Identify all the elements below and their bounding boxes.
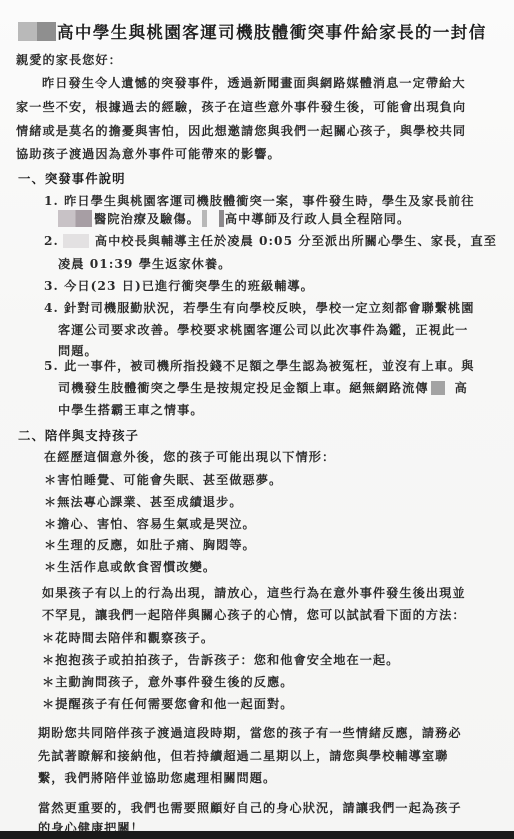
- item-3-line: 3. 今日(23 日)已進行衝突學生的班級輔導。: [44, 278, 314, 294]
- intro-line: 情緒或是莫名的擔憂與害怕，因此想邀請您與我們一起關心孩子，與學校共同: [16, 123, 466, 139]
- item-2-line: 凌晨 01:39 學生返家休養。: [58, 256, 231, 272]
- letter-page: 高中學生與桃園客運司機肢體衝突事件給家長的一封信 親愛的家長您好： 昨日發生令人…: [0, 0, 514, 831]
- section-1-heading: 一、突發事件說明: [18, 171, 126, 187]
- redacted-hospital-name: [58, 210, 92, 227]
- item-4-line: 問題。: [58, 343, 98, 359]
- method-item: ＊花時間去陪伴和觀察孩子。: [42, 630, 214, 646]
- item-1-text: 醫院治療及驗傷。: [94, 211, 200, 227]
- redacted-school-name: [202, 210, 207, 227]
- item-5-line: 司機發生肢體衝突之學生是按規定投足金額上車。絕無網路流傳 高: [58, 380, 468, 396]
- item-2-text: 高中校長與輔導主任於凌晨 0:05 分至派出所關心學生、家長，直至: [95, 233, 497, 249]
- item-5-line: 5. 此一事件，被司機所指投錢不足額之學生認為被冤枉，並沒有上車。與: [44, 358, 474, 374]
- redacted-school-name: [18, 22, 56, 41]
- item-2-line: 2. 高中校長與輔導主任於凌晨 0:05 分至派出所關心學生、家長，直至: [44, 233, 497, 249]
- symptom-item: ＊生理的反應，如肚子痛、胸悶等。: [44, 537, 256, 553]
- method-item: ＊抱抱孩子或拍拍孩子，告訴孩子：您和他會安全地在一起。: [42, 652, 399, 668]
- item-1-text: 高中導師及行政人員全程陪同。: [225, 211, 410, 227]
- symptom-item: ＊擔心、害怕、容易生氣或是哭泣。: [44, 516, 256, 532]
- symptom-item: ＊無法專心課業、甚至成績退步。: [44, 494, 243, 510]
- item-5-text: 司機發生肢體衝突之學生是按規定投足金額上車。絕無網路流傳: [58, 380, 429, 396]
- redacted-school-name: [431, 381, 445, 395]
- hope-line: 期盼您共同陪伴孩子渡過這段時期，當您的孩子有一些情緒反應，請務必: [38, 725, 462, 741]
- symptom-item: ＊生活作息或飲食習慣改變。: [44, 559, 216, 575]
- intro-line: 家一些不安，根據過去的經驗，孩子在這些意外事件發生後，可能會出現負向: [16, 99, 466, 115]
- closing-line: 當然更重要的，我們也需要照顧好自己的身心狀況，請讓我們一起為孩子: [38, 800, 462, 816]
- salutation: 親愛的家長您好：: [16, 52, 122, 68]
- intro-line: 昨日發生令人遺憾的突發事件，透過新聞畫面與網路媒體消息一定帶給大: [42, 75, 466, 91]
- reassure-line: 不罕見，讓我們一起陪伴與關心孩子的心情，您可以試試看下面的方法：: [42, 607, 466, 623]
- item-1-line: 醫院治療及驗傷。 高中導師及行政人員全程陪同。: [58, 210, 410, 227]
- letter-title-text: 高中學生與桃園客運司機肢體衝突事件給家長的一封信: [57, 19, 487, 43]
- section-2-intro: 在經歷這個意外後，您的孩子可能出現以下情形：: [44, 449, 335, 465]
- item-4-line: 4. 針對司機服勤狀況，若學生有向學校反映，學校一定立刻都會聯繫桃園: [44, 300, 474, 316]
- item-2-number: 2.: [44, 233, 59, 249]
- intro-line: 協助孩子渡過因為意外事件可能帶來的影響。: [16, 146, 281, 162]
- item-1-line: 1. 昨日學生與桃園客運司機肢體衝突一案，事件發生時，學生及家長前往: [44, 193, 474, 209]
- reassure-line: 如果孩子有以上的行為出現，請放心，這些行為在意外事件發生後出現並: [42, 585, 466, 601]
- item-5-line: 中學生搭霸王車之情事。: [58, 402, 204, 418]
- hope-line: 先試著瞭解和接納他，但若持續超過二星期以上，請您與學校輔導室聯: [38, 748, 448, 764]
- symptom-item: ＊害怕睡覺、可能會失眠、甚至做惡夢。: [44, 472, 282, 488]
- letter-title: 高中學生與桃園客運司機肢體衝突事件給家長的一封信: [18, 19, 487, 43]
- redacted-school-name: [219, 210, 224, 227]
- item-4-line: 客運公司要求改善。學校要求桃園客運公司以此次事件為鑑，正視此一: [58, 322, 468, 338]
- item-5-text: 高: [455, 380, 468, 396]
- section-2-heading: 二、陪伴與支持孩子: [18, 428, 139, 444]
- method-item: ＊主動詢問孩子，意外事件發生後的反應。: [42, 674, 294, 690]
- redacted-school-name: [63, 234, 89, 248]
- page-bottom-edge: [0, 831, 514, 839]
- method-item: ＊提醒孩子有任何需要您會和他一起面對。: [42, 696, 294, 712]
- hope-line: 繫，我們將陪伴並協助您處理相關問題。: [38, 770, 276, 786]
